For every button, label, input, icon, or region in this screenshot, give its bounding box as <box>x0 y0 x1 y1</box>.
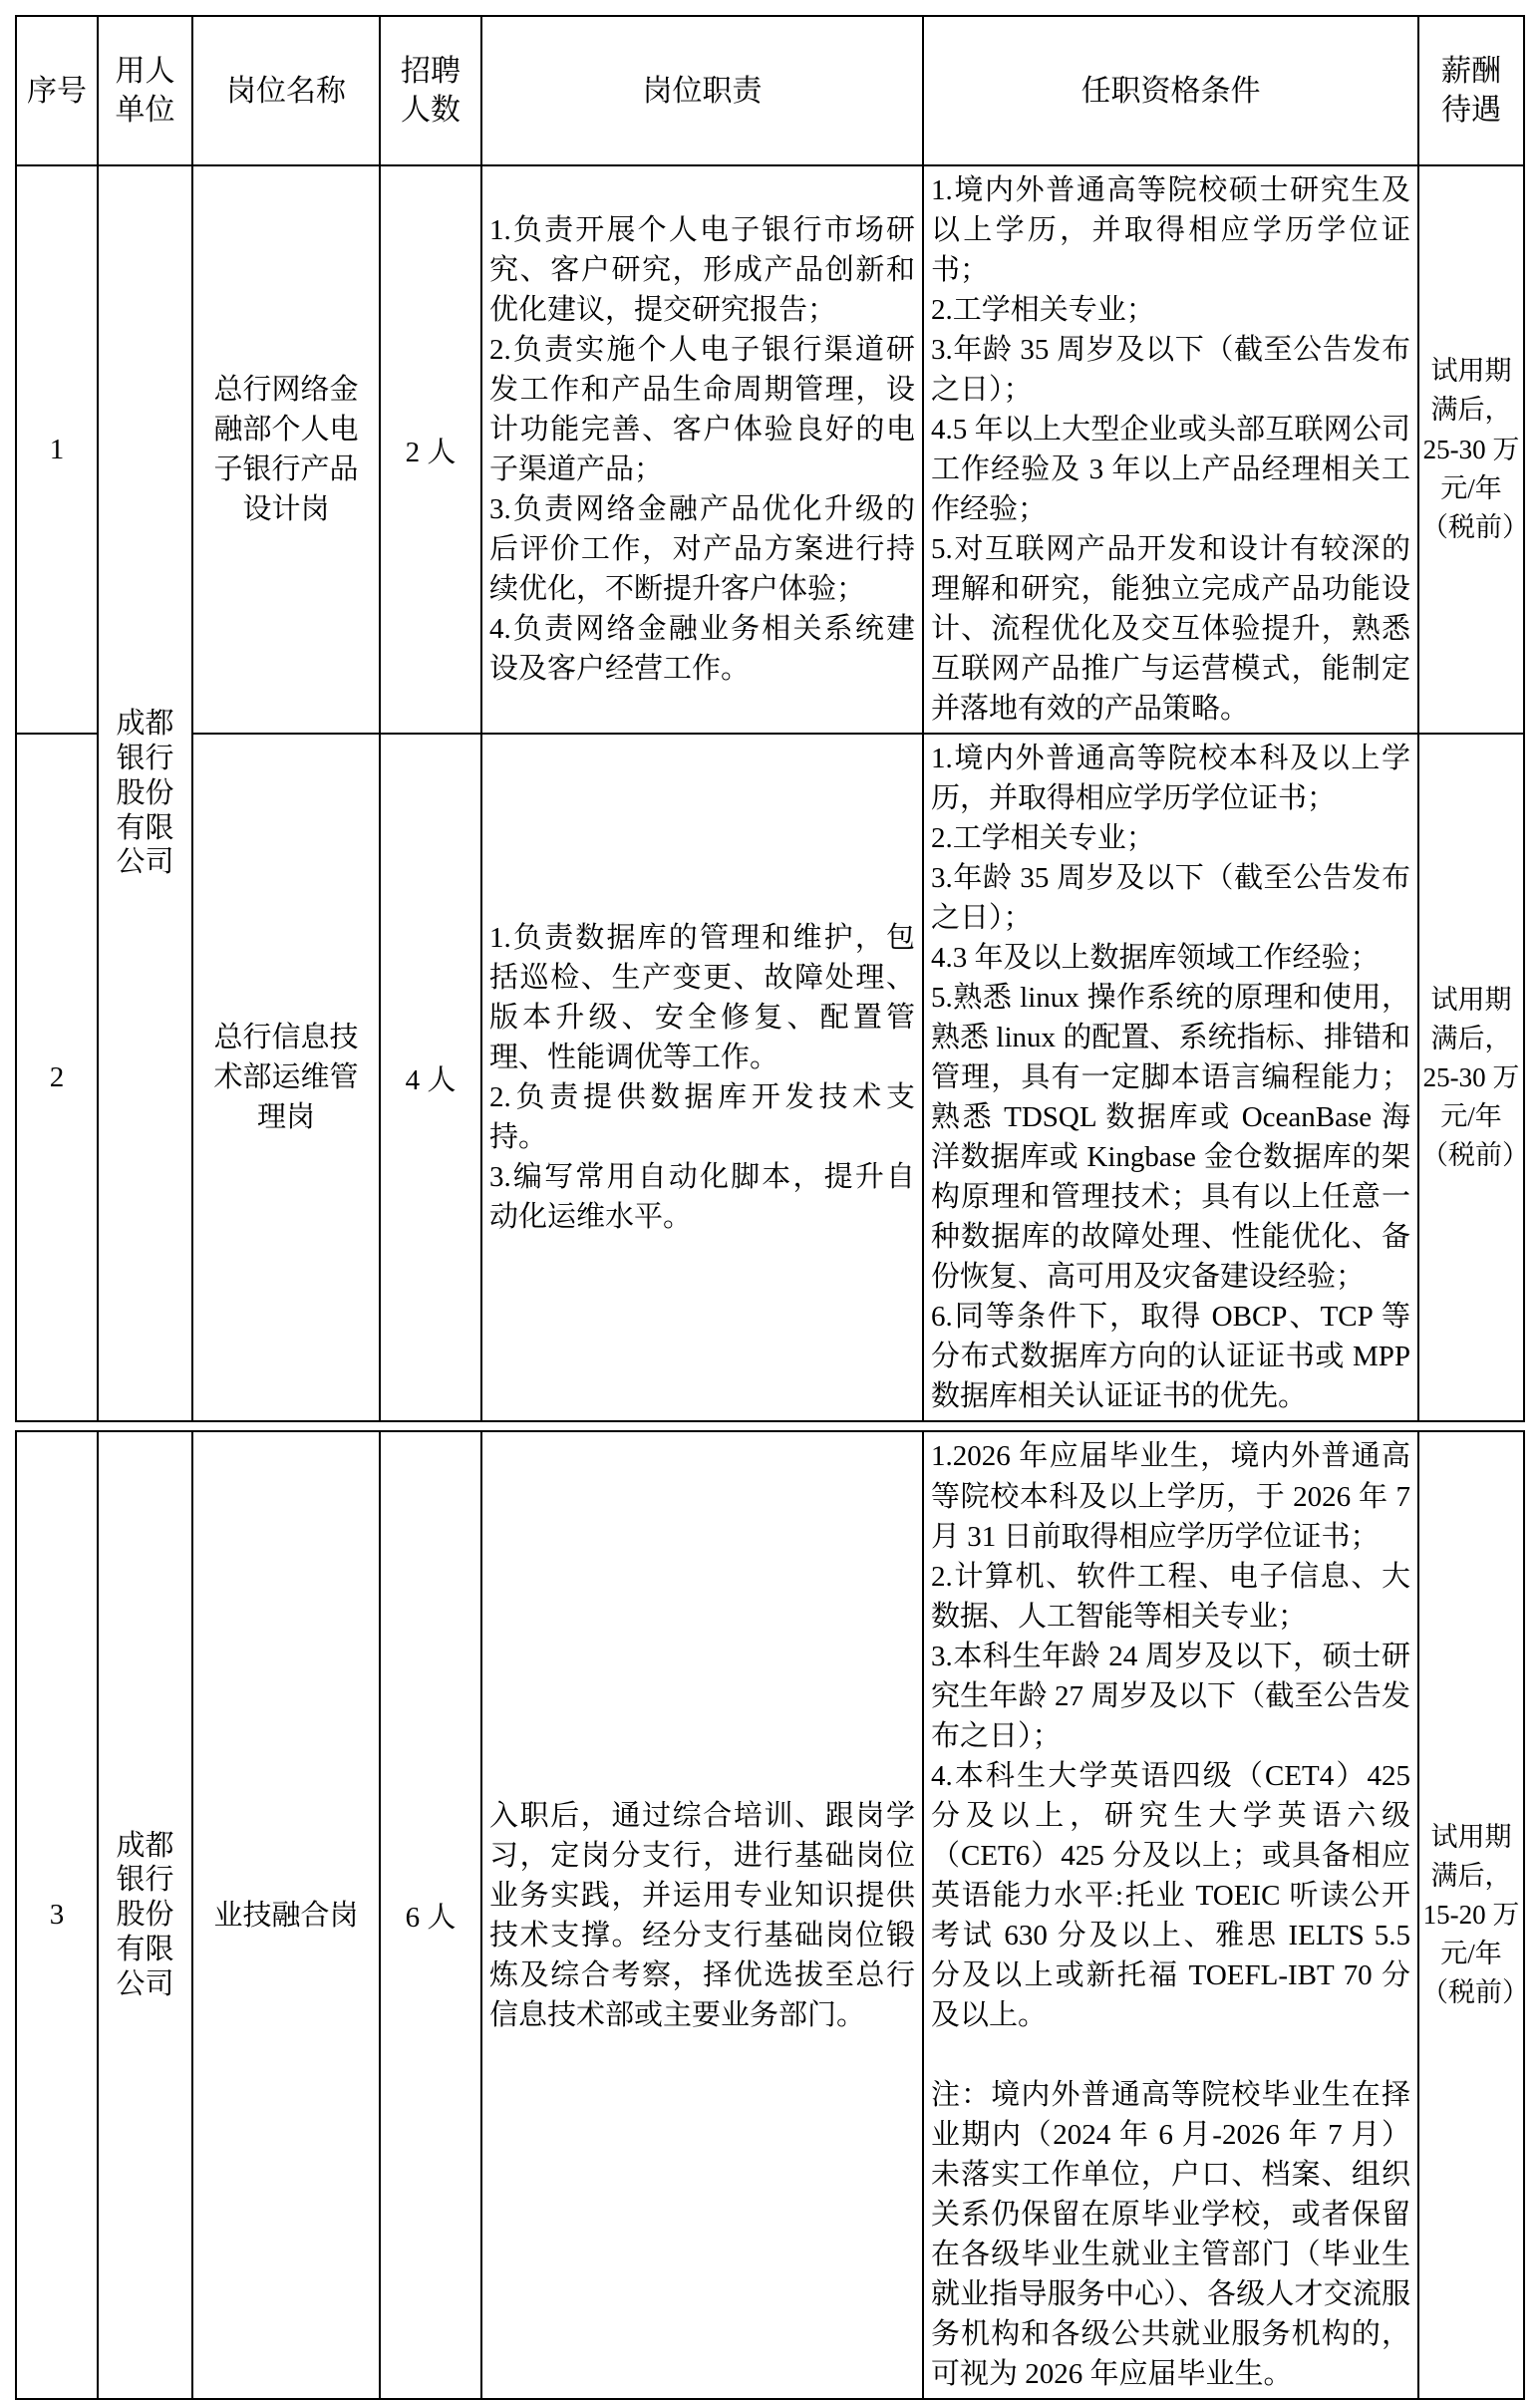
header-employer: 用人单位 <box>98 16 192 165</box>
headcount-cell: 2 人 <box>380 165 481 734</box>
salary-cell: 试用期满后，25-30 万元/年（税前） <box>1418 734 1524 1421</box>
headcount-cell: 4 人 <box>380 734 481 1421</box>
position-cell: 业技融合岗 <box>192 1431 380 2398</box>
table-row-3: 3 成都银行股份有限公司 业技融合岗 6 人 入职后，通过综合培训、跟岗学习，定… <box>16 1431 1524 2398</box>
job-table-continued: 3 成都银行股份有限公司 业技融合岗 6 人 入职后，通过综合培训、跟岗学习，定… <box>15 1430 1525 2399</box>
qualifications-list: 1.2026 年应届毕业生，境内外普通高等院校本科及以上学历，于 2026 年 … <box>931 1436 1410 2034</box>
row-number-cell: 2 <box>16 734 98 1421</box>
table-row-2: 2 总行信息技术部运维管理岗 4 人 1.负责数据库的管理和维护，包括巡检、生产… <box>16 734 1524 1421</box>
qualifications-cell: 1.2026 年应届毕业生，境内外普通高等院校本科及以上学历，于 2026 年 … <box>923 1431 1418 2398</box>
duties-cell: 1.负责数据库的管理和维护，包括巡检、生产变更、故障处理、版本升级、安全修复、配… <box>481 734 923 1421</box>
qualifications-cell: 1.境内外普通高等院校硕士研究生及以上学历，并取得相应学历学位证书；2.工学相关… <box>923 165 1418 734</box>
header-position-name: 岗位名称 <box>192 16 380 165</box>
salary-cell: 试用期满后，25-30 万元/年（税前） <box>1418 165 1524 734</box>
qualifications-note: 注：境内外普通高等院校毕业生在择业期内（2024 年 6 月-2026 年 7 … <box>931 2075 1410 2394</box>
employer-cell: 成都银行股份有限公司 <box>98 165 192 1421</box>
header-duties: 岗位职责 <box>481 16 923 165</box>
duties-cell: 1.负责开展个人电子银行市场研究、客户研究，形成产品创新和优化建议，提交研究报告… <box>481 165 923 734</box>
employer-name: 成都银行股份有限公司 <box>117 1829 174 2002</box>
table-row-1: 1 成都银行股份有限公司 总行网络金融部个人电子银行产品设计岗 2 人 1.负责… <box>16 165 1524 734</box>
header-row: 序号 用人单位 岗位名称 招聘人数 岗位职责 任职资格条件 薪酬待遇 <box>16 16 1524 165</box>
employer-name: 成都银行股份有限公司 <box>117 707 174 880</box>
employer-cell: 成都银行股份有限公司 <box>98 1431 192 2398</box>
position-cell: 总行网络金融部个人电子银行产品设计岗 <box>192 165 380 734</box>
header-serial-number: 序号 <box>16 16 98 165</box>
header-qualifications: 任职资格条件 <box>923 16 1418 165</box>
page-break-gap <box>15 1422 1540 1430</box>
row-number-cell: 3 <box>16 1431 98 2398</box>
headcount-cell: 6 人 <box>380 1431 481 2398</box>
job-table-main: 序号 用人单位 岗位名称 招聘人数 岗位职责 任职资格条件 薪酬待遇 1 成都银… <box>15 15 1525 1422</box>
header-salary: 薪酬待遇 <box>1418 16 1524 165</box>
qualifications-cell: 1.境内外普通高等院校本科及以上学历，并取得相应学历学位证书；2.工学相关专业；… <box>923 734 1418 1421</box>
duties-cell: 入职后，通过综合培训、跟岗学习，定岗分支行，进行基础岗位业务实践，并运用专业知识… <box>481 1431 923 2398</box>
header-headcount: 招聘人数 <box>380 16 481 165</box>
position-cell: 总行信息技术部运维管理岗 <box>192 734 380 1421</box>
salary-cell: 试用期满后，15-20 万元/年（税前） <box>1418 1431 1524 2398</box>
row-number-cell: 1 <box>16 165 98 734</box>
